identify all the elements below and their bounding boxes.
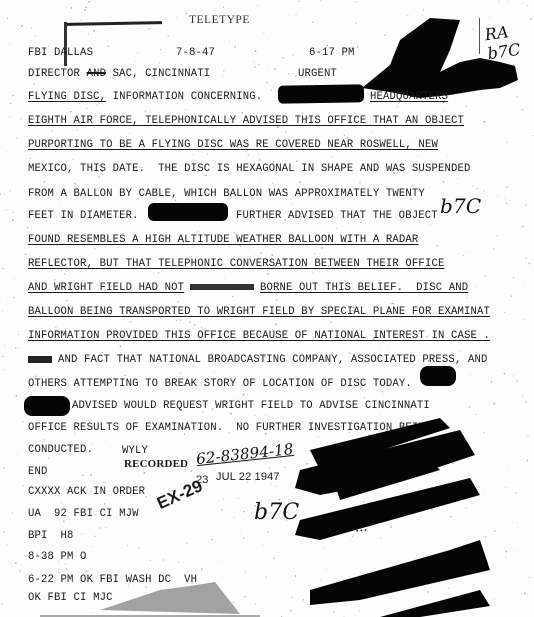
header-bracket-mark xyxy=(64,22,67,66)
redaction-4 xyxy=(24,396,70,416)
signature: WYLY xyxy=(122,445,148,457)
body-line: FROM A BALLON BY CABLE, WHICH BALLON WAS… xyxy=(28,188,425,200)
redaction-2 xyxy=(148,203,228,221)
body-line: AND WRIGHT FIELD HAD NOT xyxy=(28,282,184,294)
document-title: TELETYPE xyxy=(189,14,250,26)
recipient-line: DIRECTOR AND SAC, CINCINNATI xyxy=(28,68,210,80)
subject-line: FLYING DISC, INFORMATION CONCERNING. xyxy=(28,91,262,103)
footer-line: BPI H8 xyxy=(28,530,74,542)
redaction-bottom xyxy=(280,400,534,617)
handwritten-b7c-1: b7C xyxy=(440,194,481,218)
headquarters: HEADQUARTERS xyxy=(370,91,448,103)
body-line: EIGHTH AIR FORCE, TELEPHONICALLY ADVISED… xyxy=(28,115,464,127)
end-marker: END xyxy=(28,466,48,478)
body-line: BALLOON BEING TRANSPORTED TO WRIGHT FIEL… xyxy=(28,306,490,318)
damaged-area xyxy=(40,580,260,617)
redaction-1 xyxy=(278,84,364,103)
body-line: BORNE OUT THIS BELIEF. DISC AND xyxy=(260,282,468,294)
message-date: 7-8-47 xyxy=(176,47,215,59)
body-line: FEET IN DIAMETER. xyxy=(28,210,139,222)
body-line: OTHERS ATTEMPTING TO BREAK STORY OF LOCA… xyxy=(28,378,412,390)
footer-line: CXXXX ACK IN ORDER xyxy=(28,486,145,498)
body-line: AND FACT THAT NATIONAL BROADCASTING COMP… xyxy=(58,354,487,366)
struck-word xyxy=(28,356,52,363)
redaction-3 xyxy=(420,366,456,386)
strikeout-mark xyxy=(190,284,254,290)
footer-line: UA 92 FBI CI MJW xyxy=(28,508,139,520)
body-line: MEXICO, THIS DATE. THE DISC IS HEXAGONAL… xyxy=(28,163,471,175)
footer-line: 8-38 PM O xyxy=(28,551,87,563)
teletype-document: TELETYPE FBI DALLAS 7-8-47 6-17 PM DIREC… xyxy=(0,0,534,617)
date-stamp: JUL 22 1947 xyxy=(216,471,280,483)
body-line: FURTHER ADVISED THAT THE OBJECT xyxy=(236,210,438,222)
body-line: FOUND RESEMBLES A HIGH ALTITUDE WEATHER … xyxy=(28,234,418,246)
margin-line xyxy=(479,18,480,54)
body-line: CONDUCTED. xyxy=(28,444,93,456)
from-office: FBI DALLAS xyxy=(28,47,93,59)
recorded-stamp: RECORDED xyxy=(124,458,188,470)
body-line: REFLECTOR, BUT THAT TELEPHONIC CONVERSAT… xyxy=(28,258,444,270)
body-line: INFORMATION PROVIDED THIS OFFICE BECAUSE… xyxy=(28,330,490,342)
body-line: PURPORTING TO BE A FLYING DISC WAS RE CO… xyxy=(28,139,438,151)
handwritten-ra-b7c: RA b7C xyxy=(484,19,534,63)
ex-stamp: EX-29 xyxy=(154,476,206,514)
header-scribble xyxy=(66,21,162,26)
